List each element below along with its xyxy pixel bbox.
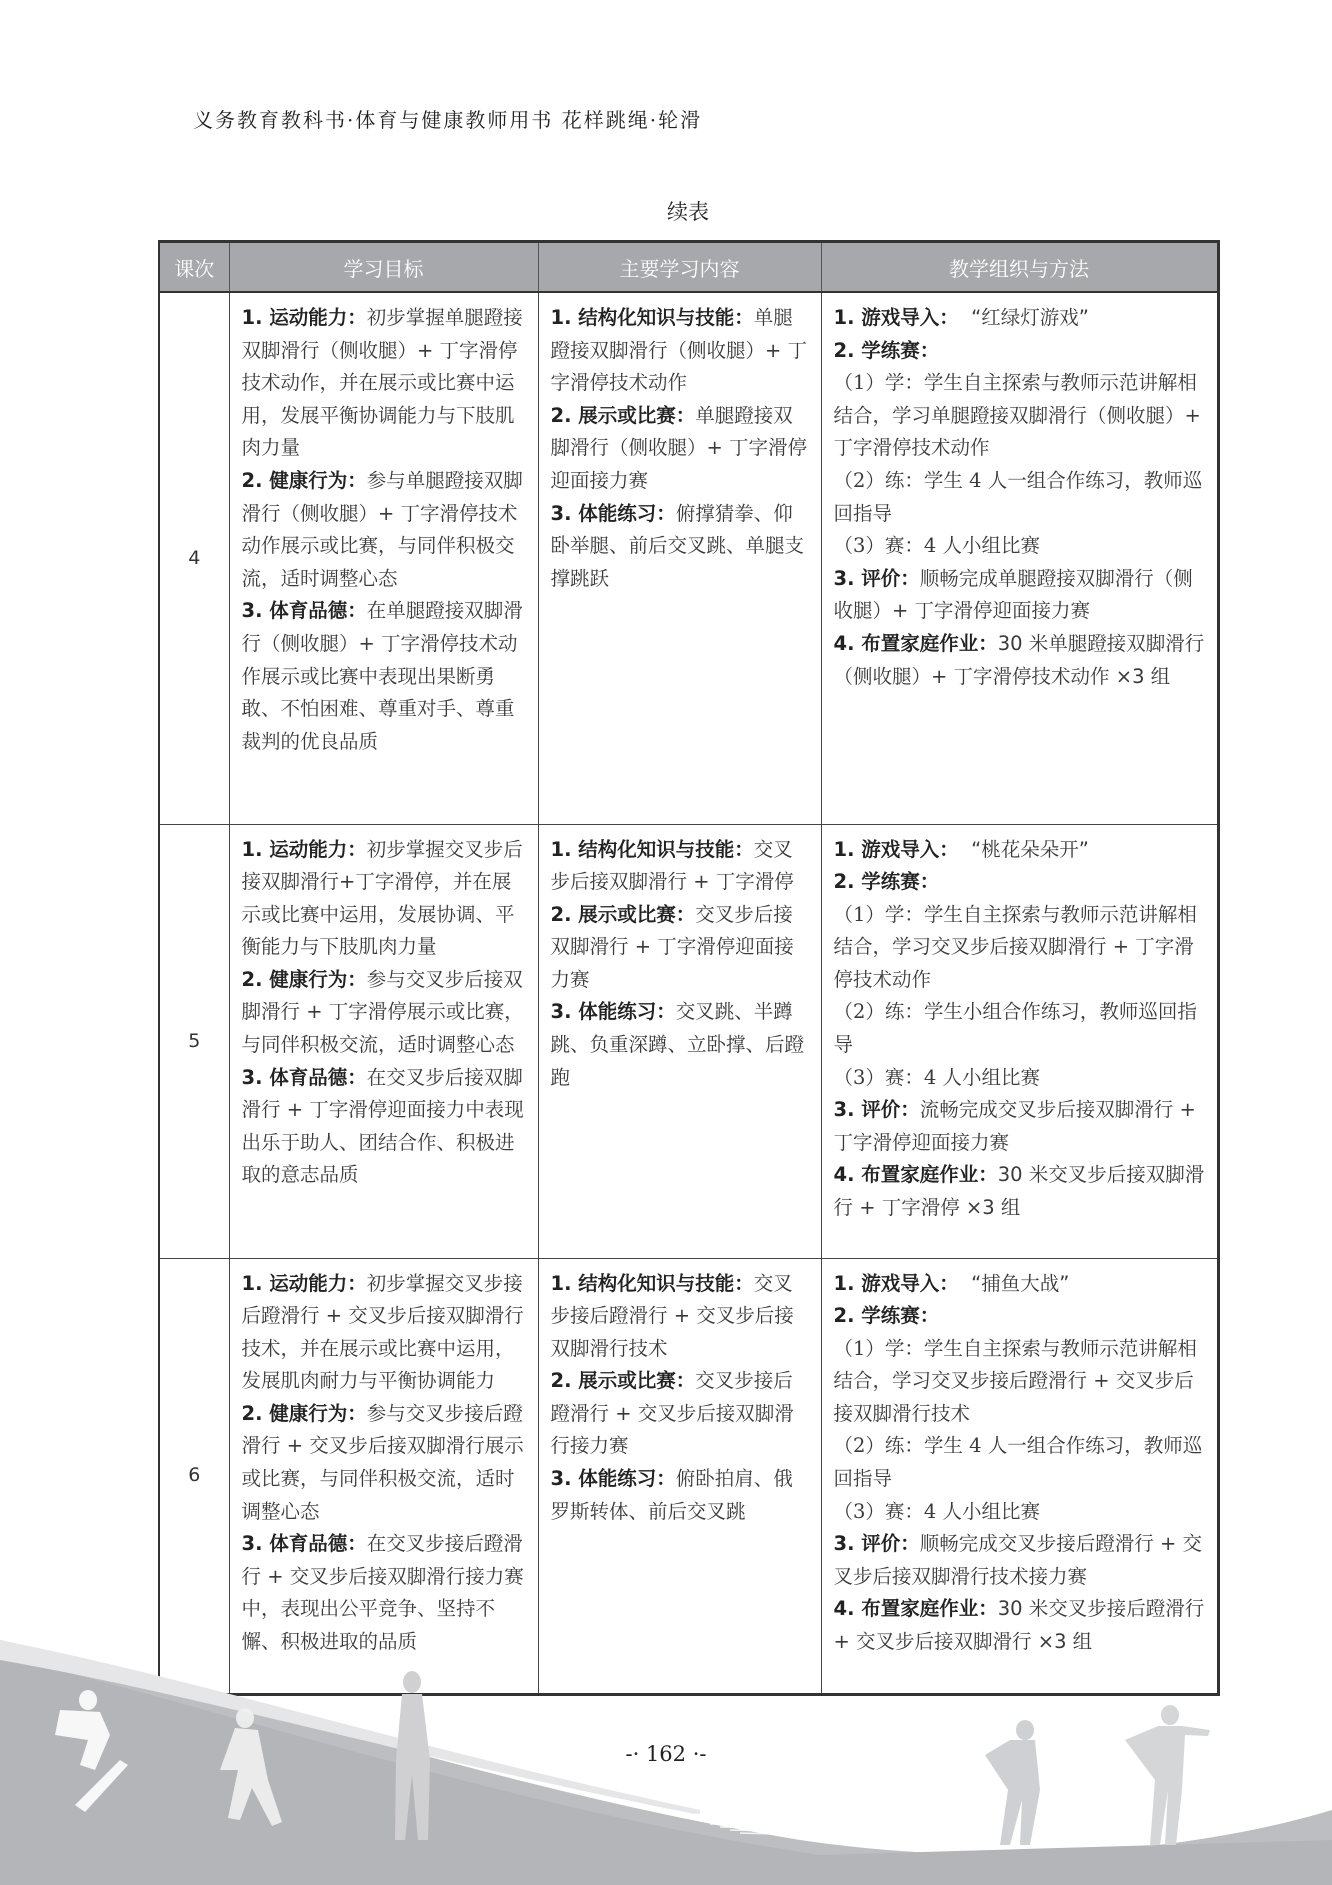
methods-item-label: 1. 游戏导入： [834, 1272, 959, 1295]
methods-item: （2）练：学生 4 人一组合作练习，教师巡回指导 [834, 1430, 1207, 1495]
methods-item-label: 2. 学练赛： [834, 339, 940, 362]
cell-methods: 1. 游戏导入： “红绿灯游戏”2. 学练赛：（1）学：学生自主探索与教师示范讲… [821, 292, 1218, 824]
content-item-label: 2. 展示或比赛： [551, 1369, 696, 1392]
content-item-label: 3. 体能练习： [551, 502, 676, 525]
methods-item-text: （3）赛：4 人小组比赛 [834, 534, 1041, 557]
methods-item-text: （3）赛：4 人小组比赛 [834, 1500, 1041, 1523]
content-item-label: 1. 结构化知识与技能： [551, 1272, 754, 1295]
cell-goals: 1. 运动能力：初步掌握交叉步接后蹬滑行 + 交叉步后接双脚滑行技术，并在展示或… [229, 1258, 538, 1694]
goals-item-label: 2. 健康行为： [242, 968, 367, 991]
running-head: 义务教育教科书·体育与健康教师用书 花样跳绳·轮滑 [193, 104, 702, 133]
lesson-number: 6 [159, 1258, 229, 1694]
goals-item-text: 初步掌握单腿蹬接双脚滑行（侧收腿）+ 丁字滑停技术动作，并在展示或比赛中运用，发… [242, 306, 523, 459]
goals-item-label: 2. 健康行为： [242, 469, 367, 492]
lesson-number: 4 [159, 292, 229, 824]
lesson-plan-table: 课次 学习目标 主要学习内容 教学组织与方法 41. 运动能力：初步掌握单腿蹬接… [158, 240, 1220, 1696]
goals-item-label: 3. 体育品德： [242, 1532, 367, 1555]
methods-item-text: （1）学：学生自主探索与教师示范讲解相结合，学习单腿蹬接双脚滑行（侧收腿）+ 丁… [834, 371, 1208, 459]
methods-item: 1. 游戏导入： “桃花朵朵开” [834, 834, 1207, 867]
content-item-label: 2. 展示或比赛： [551, 404, 696, 427]
table-row: 41. 运动能力：初步掌握单腿蹬接双脚滑行（侧收腿）+ 丁字滑停技术动作，并在展… [159, 292, 1218, 824]
goals-item: 1. 运动能力：初步掌握单腿蹬接双脚滑行（侧收腿）+ 丁字滑停技术动作，并在展示… [242, 302, 528, 465]
methods-item-label: 1. 游戏导入： [834, 838, 959, 861]
goals-item-label: 1. 运动能力： [242, 838, 367, 861]
methods-item: （3）赛：4 人小组比赛 [834, 1496, 1207, 1529]
methods-item: （1）学：学生自主探索与教师示范讲解相结合，学习交叉步接后蹬滑行 + 交叉步后接… [834, 1333, 1207, 1431]
header-lesson: 课次 [159, 242, 229, 293]
methods-item: 3. 评价：顺畅完成单腿蹬接双脚滑行（侧收腿）+ 丁字滑停迎面接力赛 [834, 563, 1207, 628]
header-content: 主要学习内容 [538, 242, 821, 293]
methods-item-text: （1）学：学生自主探索与教师示范讲解相结合，学习交叉步接后蹬滑行 + 交叉步后接… [834, 1337, 1197, 1425]
lesson-number: 5 [159, 824, 229, 1258]
header-methods: 教学组织与方法 [821, 242, 1218, 293]
cell-content: 1. 结构化知识与技能：单腿蹬接双脚滑行（侧收腿）+ 丁字滑停技术动作2. 展示… [538, 292, 821, 824]
methods-item-text: （2）练：学生小组合作练习，教师巡回指导 [834, 1000, 1197, 1056]
methods-item-label: 3. 评价： [834, 1098, 920, 1121]
goals-item: 1. 运动能力：初步掌握交叉步后接双脚滑行+丁字滑停，并在展示或比赛中运用，发展… [242, 834, 528, 964]
goals-item: 2. 健康行为：参与单腿蹬接双脚滑行（侧收腿）+ 丁字滑停技术动作展示或比赛，与… [242, 465, 528, 595]
goals-item: 2. 健康行为：参与交叉步接后蹬滑行 + 交叉步后接双脚滑行展示或比赛，与同伴积… [242, 1398, 528, 1528]
methods-item: 4. 布置家庭作业：30 米交叉步后接双脚滑行 + 丁字滑停 ×3 组 [834, 1159, 1207, 1224]
goals-item: 1. 运动能力：初步掌握交叉步接后蹬滑行 + 交叉步后接双脚滑行技术，并在展示或… [242, 1268, 528, 1398]
table-row: 61. 运动能力：初步掌握交叉步接后蹬滑行 + 交叉步后接双脚滑行技术，并在展示… [159, 1258, 1218, 1694]
cell-content: 1. 结构化知识与技能：交叉步后接双脚滑行 + 丁字滑停2. 展示或比赛：交叉步… [538, 824, 821, 1258]
methods-item: 4. 布置家庭作业：30 米单腿蹬接双脚滑行（侧收腿）+ 丁字滑停技术动作 ×3… [834, 628, 1207, 693]
goals-item-label: 3. 体育品德： [242, 599, 367, 622]
methods-item-label: 2. 学练赛： [834, 1304, 940, 1327]
content-item: 3. 体能练习：交叉跳、半蹲跳、负重深蹲、立卧撑、后蹬跑 [551, 996, 811, 1094]
cell-goals: 1. 运动能力：初步掌握单腿蹬接双脚滑行（侧收腿）+ 丁字滑停技术动作，并在展示… [229, 292, 538, 824]
content-item: 2. 展示或比赛：交叉步接后蹬滑行 + 交叉步后接双脚滑行接力赛 [551, 1365, 811, 1463]
methods-item: 3. 评价：流畅完成交叉步后接双脚滑行 + 丁字滑停迎面接力赛 [834, 1094, 1207, 1159]
content-item: 1. 结构化知识与技能：交叉步后接双脚滑行 + 丁字滑停 [551, 834, 811, 899]
cell-methods: 1. 游戏导入： “捕鱼大战”2. 学练赛：（1）学：学生自主探索与教师示范讲解… [821, 1258, 1218, 1694]
methods-item-label: 3. 评价： [834, 1532, 920, 1555]
content-item: 3. 体能练习：俯撑猜拳、仰卧举腿、前后交叉跳、单腿支撑跳跃 [551, 498, 811, 596]
content-item: 2. 展示或比赛：单腿蹬接双脚滑行（侧收腿）+ 丁字滑停迎面接力赛 [551, 400, 811, 498]
table-row: 51. 运动能力：初步掌握交叉步后接双脚滑行+丁字滑停，并在展示或比赛中运用，发… [159, 824, 1218, 1258]
content-item: 1. 结构化知识与技能：交叉步接后蹬滑行 + 交叉步后接双脚滑行技术 [551, 1268, 811, 1366]
content-item-label: 3. 体能练习： [551, 1000, 676, 1023]
methods-item: 1. 游戏导入： “捕鱼大战” [834, 1268, 1207, 1301]
methods-item-text: （1）学：学生自主探索与教师示范讲解相结合，学习交叉步后接双脚滑行 + 丁字滑停… [834, 903, 1197, 991]
content-item: 1. 结构化知识与技能：单腿蹬接双脚滑行（侧收腿）+ 丁字滑停技术动作 [551, 302, 811, 400]
content-item: 3. 体能练习：俯卧拍肩、俄罗斯转体、前后交叉跳 [551, 1463, 811, 1528]
cell-methods: 1. 游戏导入： “桃花朵朵开”2. 学练赛：（1）学：学生自主探索与教师示范讲… [821, 824, 1218, 1258]
header-goals: 学习目标 [229, 242, 538, 293]
goals-item-text: 在单腿蹬接双脚滑行（侧收腿）+ 丁字滑停技术动作展示或比赛中表现出果断勇敢、不怕… [242, 599, 523, 752]
methods-item-text: （3）赛：4 人小组比赛 [834, 1066, 1041, 1089]
methods-item-label: 4. 布置家庭作业： [834, 1163, 998, 1186]
page-number: -· 162 ·- [0, 1742, 1332, 1766]
methods-item-text: “红绿灯游戏” [959, 306, 1089, 329]
table-caption: 续表 [0, 196, 1332, 226]
goals-item-label: 1. 运动能力： [242, 1272, 367, 1295]
methods-item: 2. 学练赛： [834, 1300, 1207, 1333]
content-item-label: 1. 结构化知识与技能： [551, 306, 754, 329]
methods-item: 1. 游戏导入： “红绿灯游戏” [834, 302, 1207, 335]
methods-item: （1）学：学生自主探索与教师示范讲解相结合，学习交叉步后接双脚滑行 + 丁字滑停… [834, 899, 1207, 997]
methods-item: （1）学：学生自主探索与教师示范讲解相结合，学习单腿蹬接双脚滑行（侧收腿）+ 丁… [834, 367, 1207, 465]
methods-item-label: 3. 评价： [834, 567, 920, 590]
methods-item-text: “捕鱼大战” [959, 1272, 1070, 1295]
methods-item-text: （2）练：学生 4 人一组合作练习，教师巡回指导 [834, 469, 1203, 525]
goals-item-label: 1. 运动能力： [242, 306, 367, 329]
methods-item-label: 2. 学练赛： [834, 870, 940, 893]
goals-item-label: 3. 体育品德： [242, 1066, 367, 1089]
methods-item: （2）练：学生小组合作练习，教师巡回指导 [834, 996, 1207, 1061]
cell-content: 1. 结构化知识与技能：交叉步接后蹬滑行 + 交叉步后接双脚滑行技术2. 展示或… [538, 1258, 821, 1694]
goals-item-label: 2. 健康行为： [242, 1402, 367, 1425]
methods-item: （2）练：学生 4 人一组合作练习，教师巡回指导 [834, 465, 1207, 530]
content-item-label: 2. 展示或比赛： [551, 903, 696, 926]
methods-item-label: 4. 布置家庭作业： [834, 632, 998, 655]
methods-item-text: “桃花朵朵开” [959, 838, 1089, 861]
content-item: 2. 展示或比赛：交叉步后接双脚滑行 + 丁字滑停迎面接力赛 [551, 899, 811, 997]
methods-item-label: 4. 布置家庭作业： [834, 1597, 998, 1620]
methods-item: 2. 学练赛： [834, 335, 1207, 368]
content-item-label: 3. 体能练习： [551, 1467, 676, 1490]
methods-item: 3. 评价：顺畅完成交叉步接后蹬滑行 + 交叉步后接双脚滑行技术接力赛 [834, 1528, 1207, 1593]
goals-item: 3. 体育品德：在单腿蹬接双脚滑行（侧收腿）+ 丁字滑停技术动作展示或比赛中表现… [242, 595, 528, 758]
content-item-label: 1. 结构化知识与技能： [551, 838, 754, 861]
methods-item: 2. 学练赛： [834, 866, 1207, 899]
methods-item: （3）赛：4 人小组比赛 [834, 530, 1207, 563]
goals-item: 2. 健康行为：参与交叉步后接双脚滑行 + 丁字滑停展示或比赛，与同伴积极交流，… [242, 964, 528, 1062]
methods-item-text: （2）练：学生 4 人一组合作练习，教师巡回指导 [834, 1434, 1203, 1490]
methods-item: （3）赛：4 人小组比赛 [834, 1062, 1207, 1095]
goals-item: 3. 体育品德：在交叉步后接双脚滑行 + 丁字滑停迎面接力中表现出乐于助人、团结… [242, 1062, 528, 1192]
cell-goals: 1. 运动能力：初步掌握交叉步后接双脚滑行+丁字滑停，并在展示或比赛中运用，发展… [229, 824, 538, 1258]
methods-item-label: 1. 游戏导入： [834, 306, 959, 329]
table-header-row: 课次 学习目标 主要学习内容 教学组织与方法 [159, 242, 1218, 293]
